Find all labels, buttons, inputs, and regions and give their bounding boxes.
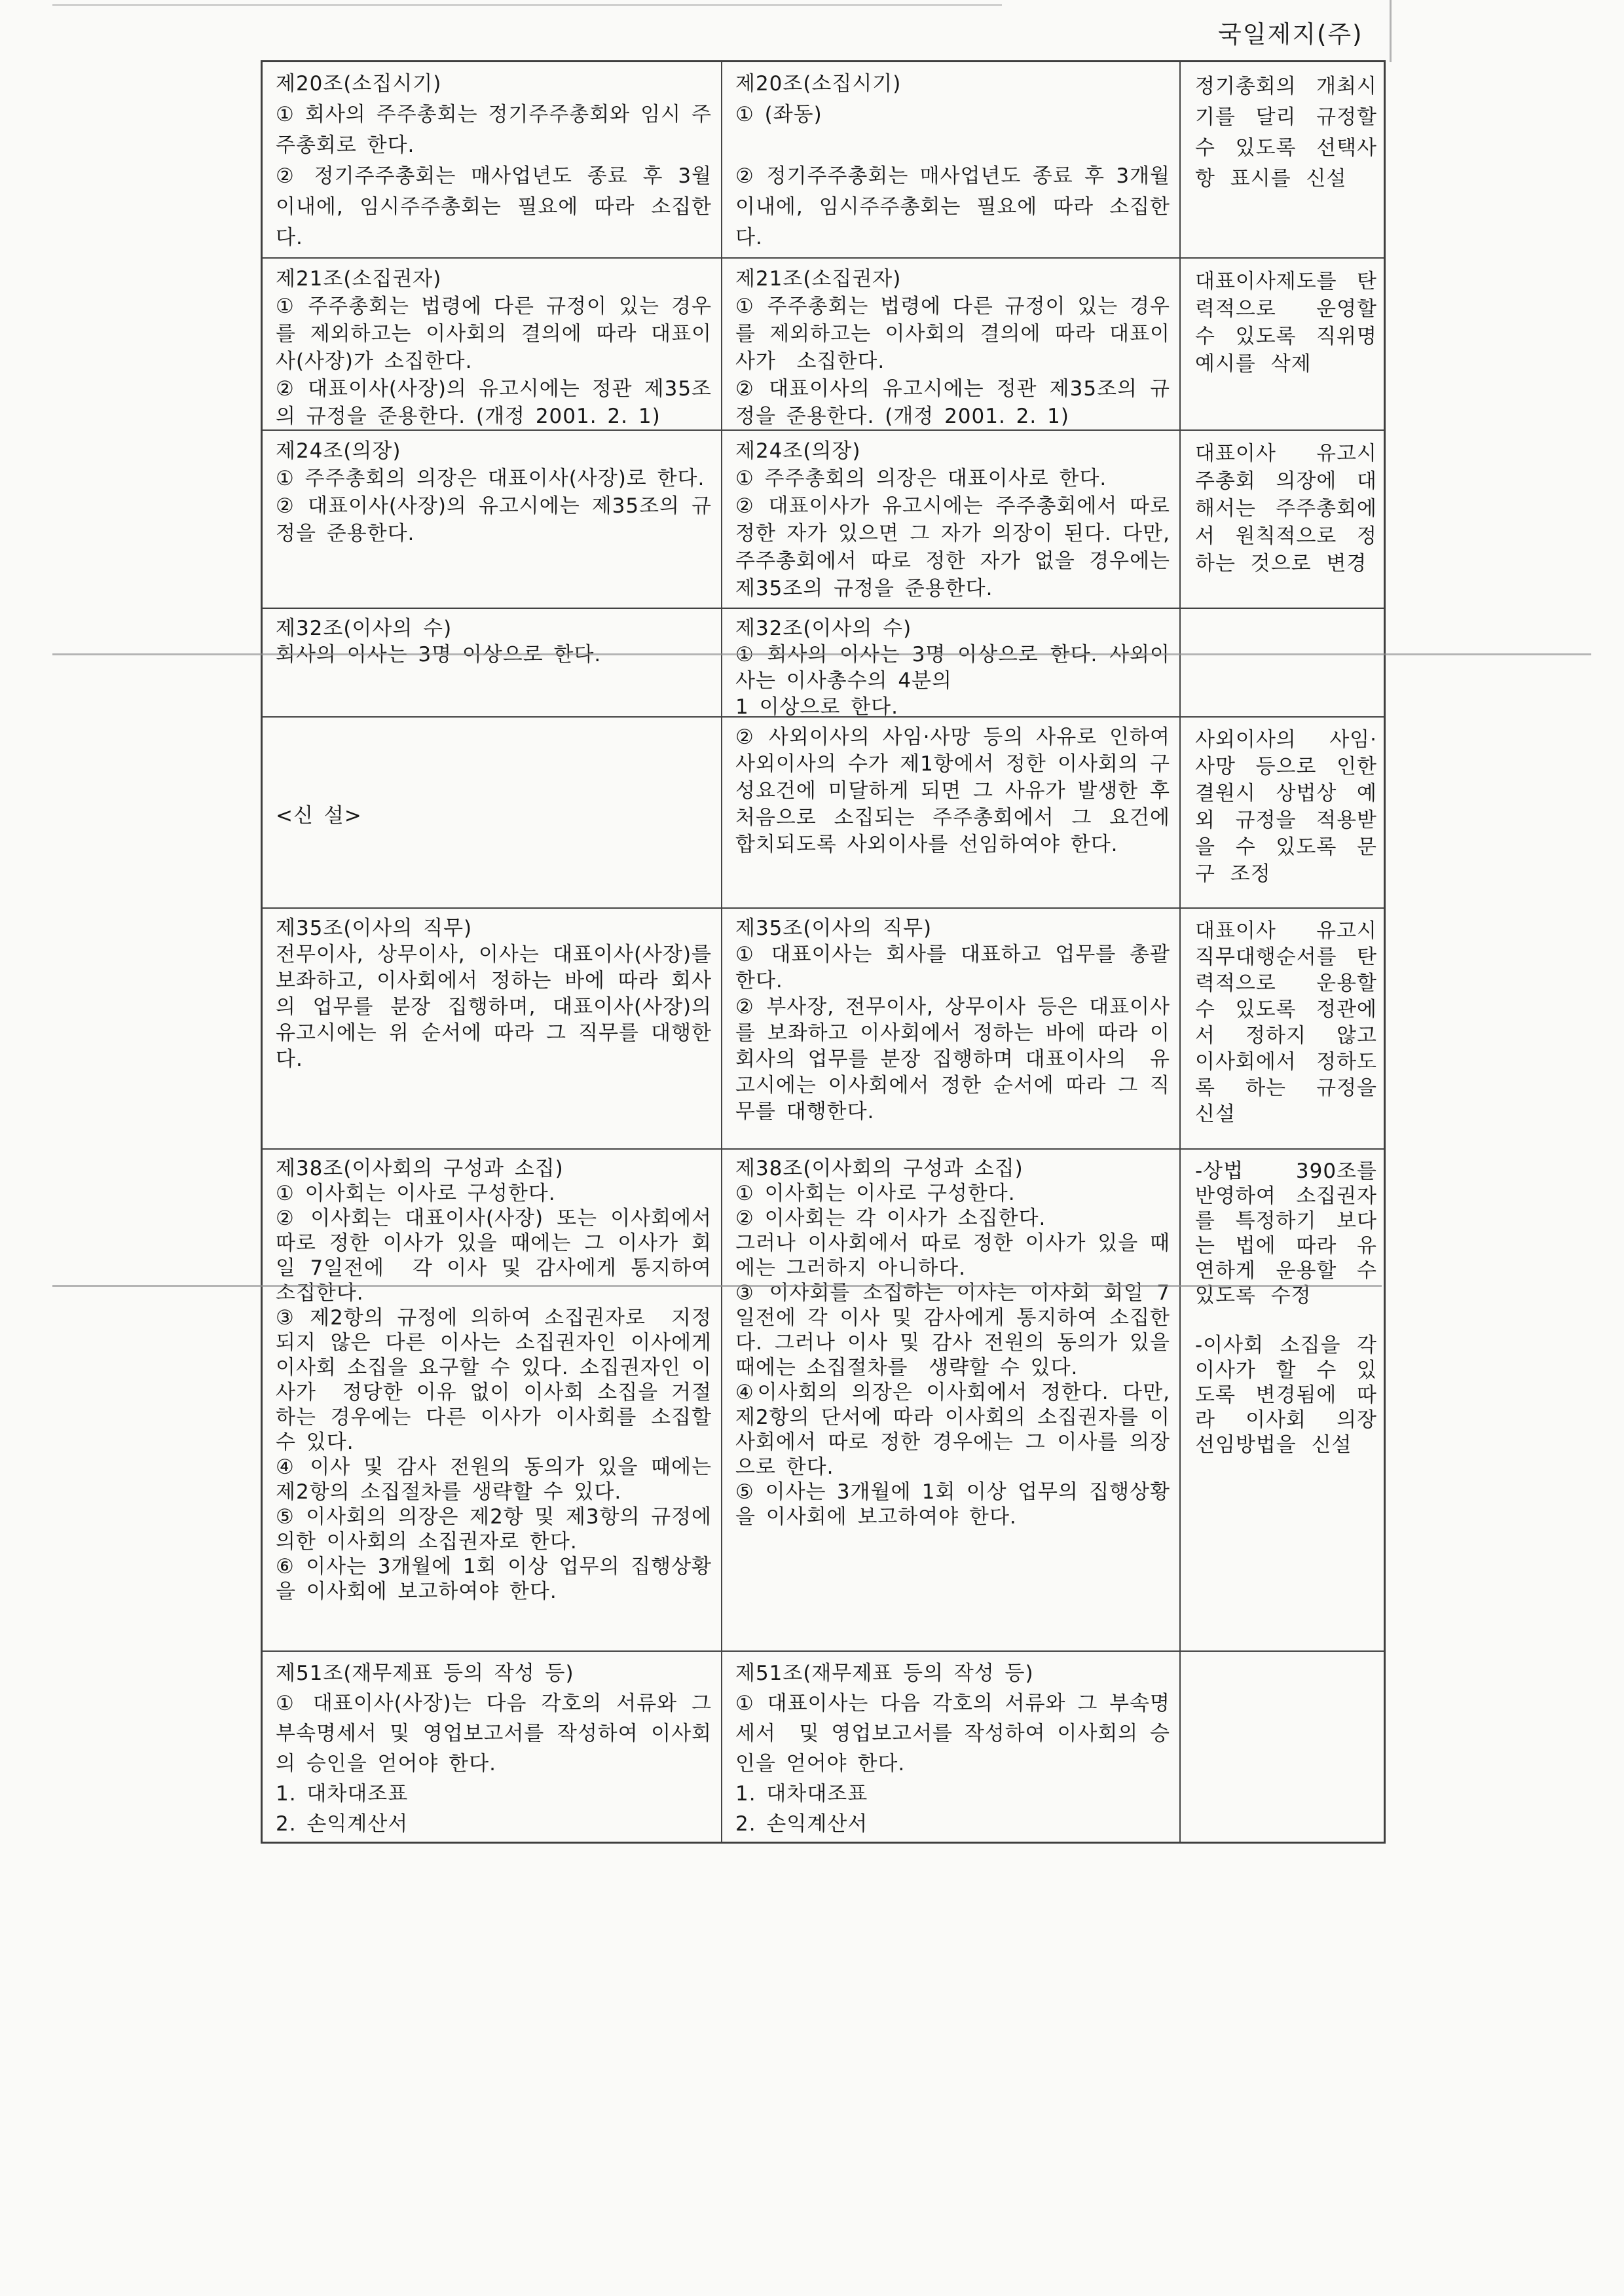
scan-artifact-line-top <box>52 4 1002 6</box>
scan-artifact-line-lower <box>52 1285 1382 1287</box>
scan-artifact-line-right-edge <box>1390 0 1392 62</box>
old-provision-cell-row-7: 제38조(이사회의 구성과 소집) ① 이사회는 이사로 구성한다. ② 이사회… <box>263 1150 722 1652</box>
old-provision-cell-row-8: 제51조(재무제표 등의 작성 등) ① 대표이사(사장)는 다음 각호의 서류… <box>263 1652 722 1842</box>
note-cell-row-8 <box>1181 1652 1384 1842</box>
new-provision-cell-row-8: 제51조(재무제표 등의 작성 등) ① 대표이사는 다음 각호의 서류와 그 … <box>722 1652 1181 1842</box>
comparison-table: 제20조(소집시기) ① 회사의 주주총회는 정기주주총회와 임시 주주총회로 … <box>261 60 1386 1844</box>
note-cell-row-5: 사외이사의 사임·사망 등으로 인한 결원시 상법상 예외 규정을 적용받을 수… <box>1181 718 1384 909</box>
new-provision-cell-row-7: 제38조(이사회의 구성과 소집) ① 이사회는 이사로 구성한다. ② 이사회… <box>722 1150 1181 1652</box>
new-provision-cell-row-4: 제32조(이사의 수) ① 회사의 이사는 3명 이상으로 한다. 사외이사는 … <box>722 609 1181 718</box>
new-provision-cell-row-3: 제24조(의장) ① 주주총회의 의장은 대표이사로 한다. ② 대표이사가 유… <box>722 431 1181 609</box>
note-cell-row-1: 정기총회의 개최시기를 달리 규정할 수 있도록 선택사항 표시를 신설 <box>1181 62 1384 259</box>
company-label: 국일제지(주) <box>1218 14 1375 50</box>
old-provision-cell-row-2: 제21조(소집권자) ① 주주총회는 법령에 다른 규정이 있는 경우를 제외하… <box>263 259 722 431</box>
note-cell-row-2: 대표이사제도를 탄력적으로 운영할 수 있도록 직위명 예시를 삭제 <box>1181 259 1384 431</box>
scan-artifact-line-middle <box>52 653 1591 655</box>
note-cell-row-6: 대표이사 유고시 직무대행순서를 탄력적으로 운용할 수 있도록 정관에서 정하… <box>1181 909 1384 1150</box>
old-provision-cell-row-5: <신 설> <box>263 718 722 909</box>
old-provision-cell-row-1: 제20조(소집시기) ① 회사의 주주총회는 정기주주총회와 임시 주주총회로 … <box>263 62 722 259</box>
note-cell-row-3: 대표이사 유고시 주총회 의장에 대해서는 주주총회에서 원칙적으로 정하는 것… <box>1181 431 1384 609</box>
old-provision-cell-row-6: 제35조(이사의 직무) 전무이사, 상무이사, 이사는 대표이사(사장)를 보… <box>263 909 722 1150</box>
document-page: 국일제지(주) 제20조(소집시기) ① 회사의 주주총회는 정기주주총회와 임… <box>0 0 1624 2296</box>
new-provision-cell-row-2: 제21조(소집권자) ① 주주총회는 법령에 다른 규정이 있는 경우를 제외하… <box>722 259 1181 431</box>
note-cell-row-4 <box>1181 609 1384 718</box>
new-provision-cell-row-5: ② 사외이사의 사임·사망 등의 사유로 인하여 사외이사의 수가 제1항에서 … <box>722 718 1181 909</box>
old-provision-cell-row-3: 제24조(의장) ① 주주총회의 의장은 대표이사(사장)로 한다. ② 대표이… <box>263 431 722 609</box>
note-cell-row-7: -상법 390조를 반영하여 소집권자를 특정하기 보다는 법에 따라 유연하게… <box>1181 1150 1384 1652</box>
old-provision-cell-row-4: 제32조(이사의 수) 회사의 이사는 3명 이상으로 한다. <box>263 609 722 718</box>
new-provision-cell-row-1: 제20조(소집시기) ① (좌동) ② 정기주주총회는 매사업년도 종료 후 3… <box>722 62 1181 259</box>
new-provision-cell-row-6: 제35조(이사의 직무) ① 대표이사는 회사를 대표하고 업무를 총괄한다. … <box>722 909 1181 1150</box>
